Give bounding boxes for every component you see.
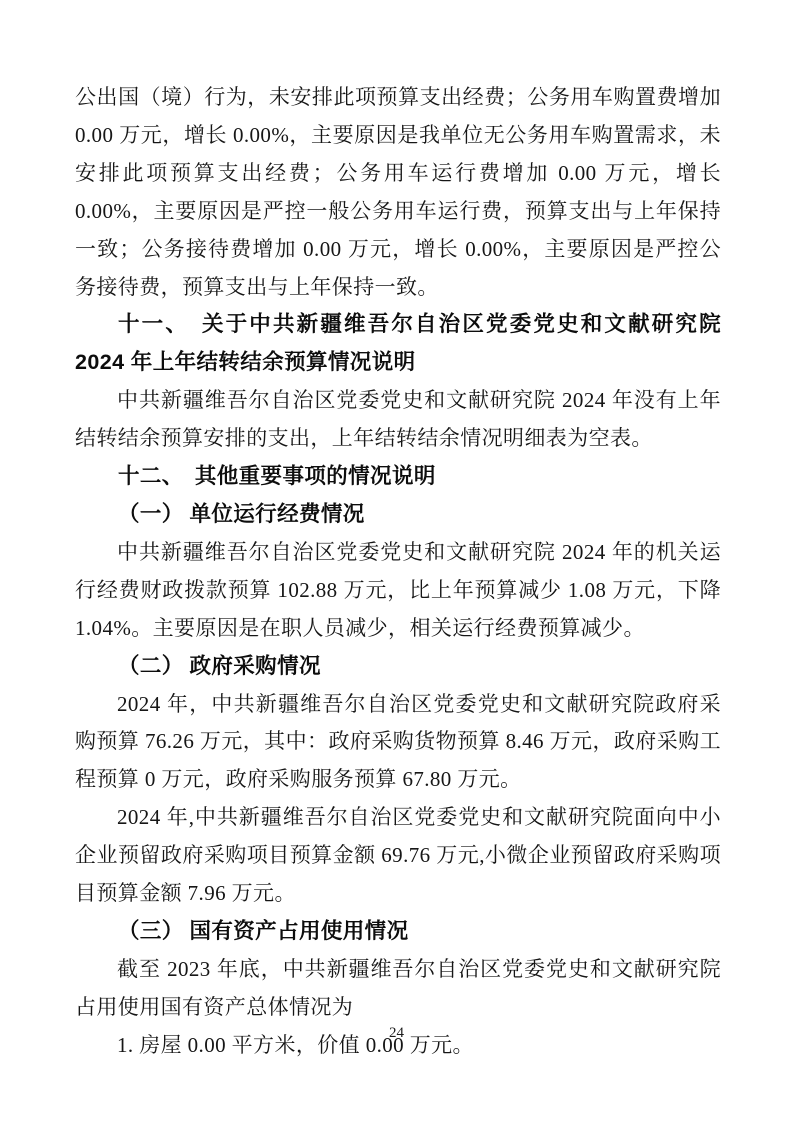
document-page: 公出国（境）行为，未安排此项预算支出经费；公务用车购置费增加 0.00 万元，增… bbox=[0, 0, 793, 1122]
subsection-heading-1: （一） 单位运行经费情况 bbox=[75, 496, 721, 534]
page-number: 24 bbox=[0, 1024, 793, 1042]
body-paragraph: 2024 年，中共新疆维吾尔自治区党委党史和文献研究院政府采购预算 76.26 … bbox=[75, 686, 721, 800]
section-heading-11: 十一、 关于中共新疆维吾尔自治区党委党史和文献研究院 2024 年上年结转结余预… bbox=[75, 306, 721, 382]
body-paragraph: 中共新疆维吾尔自治区党委党史和文献研究院 2024 年没有上年结转结余预算安排的… bbox=[75, 382, 721, 458]
section-heading-12: 十二、 其他重要事项的情况说明 bbox=[75, 458, 721, 496]
body-paragraph: 截至 2023 年底，中共新疆维吾尔自治区党委党史和文献研究院占用使用国有资产总… bbox=[75, 951, 721, 1027]
body-paragraph: 中共新疆维吾尔自治区党委党史和文献研究院 2024 年的机关运行经费财政拨款预算… bbox=[75, 534, 721, 648]
subsection-heading-3: （三） 国有资产占用使用情况 bbox=[75, 913, 721, 951]
body-paragraph: 2024 年,中共新疆维吾尔自治区党委党史和文献研究院面向中小企业预留政府采购项… bbox=[75, 799, 721, 913]
subsection-heading-2: （二） 政府采购情况 bbox=[75, 648, 721, 686]
body-paragraph-carryover: 公出国（境）行为，未安排此项预算支出经费；公务用车购置费增加 0.00 万元，增… bbox=[75, 79, 721, 306]
document-body: 公出国（境）行为，未安排此项预算支出经费；公务用车购置费增加 0.00 万元，增… bbox=[75, 79, 721, 1065]
